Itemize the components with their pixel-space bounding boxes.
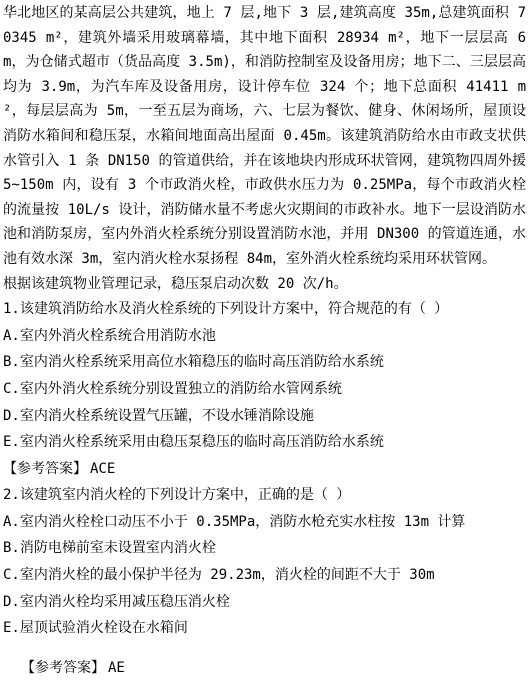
question-2-option-e: E.屋顶试验消火栓设在水箱间: [3, 615, 526, 642]
question-2-answer-label: 【参考答案】: [21, 660, 105, 676]
question-1: 1.该建筑消防给水及消火栓系统的下列设计方案中，符合规范的有（ ） A.室内外消…: [3, 296, 526, 482]
case-background-paragraph: 华北地区的某高层公共建筑，地上 7 层,地下 3 层,建筑高度 35m,总建筑面…: [3, 1, 526, 272]
question-1-answer-value: ACE: [90, 461, 115, 477]
question-2-answer-line: 【参考答案】AE: [3, 655, 526, 682]
question-1-option-c: C.室内外消火栓系统分别设置独立的消防给水管网系统: [3, 376, 526, 403]
question-2-option-b: B.消防电梯前室未设置室内消火栓: [3, 535, 526, 562]
question-1-option-a: A.室内外消火栓系统合用消防水池: [3, 323, 526, 350]
property-record-paragraph: 根据该建筑物业管理记录，稳压泵启动次数 20 次/h。: [3, 272, 526, 297]
question-1-option-d: D.室内消火栓系统设置气压罐，不设水锤消除设施: [3, 403, 526, 430]
question-1-answer-line: 【参考答案】ACE: [3, 456, 526, 483]
question-1-option-b: B.室内消火栓系统采用高位水箱稳压的临时高压消防给水系统: [3, 349, 526, 376]
question-2-option-d: D.室内消火栓均采用减压稳压消火栓: [3, 589, 526, 616]
question-2-stem: 2.该建筑室内消火栓的下列设计方案中，正确的是（ ）: [3, 482, 526, 509]
question-1-option-e: E.室内消火栓系统采用由稳压泵稳压的临时高压消防给水系统: [3, 429, 526, 456]
question-1-answer-label: 【参考答案】: [3, 461, 87, 477]
document-page: 华北地区的某高层公共建筑，地上 7 层,地下 3 层,建筑高度 35m,总建筑面…: [0, 0, 529, 683]
question-1-stem: 1.该建筑消防给水及消火栓系统的下列设计方案中，符合规范的有（ ）: [3, 296, 526, 323]
question-2-answer-value: AE: [108, 660, 125, 676]
question-2-option-a: A.室内消火栓栓口动压不小于 0.35MPa，消防水枪充实水柱按 13m 计算: [3, 509, 526, 536]
question-2: 2.该建筑室内消火栓的下列设计方案中，正确的是（ ） A.室内消火栓栓口动压不小…: [3, 482, 526, 681]
question-2-option-c: C.室内消火栓的最小保护半径为 29.23m，消火栓的间距不大于 30m: [3, 562, 526, 589]
